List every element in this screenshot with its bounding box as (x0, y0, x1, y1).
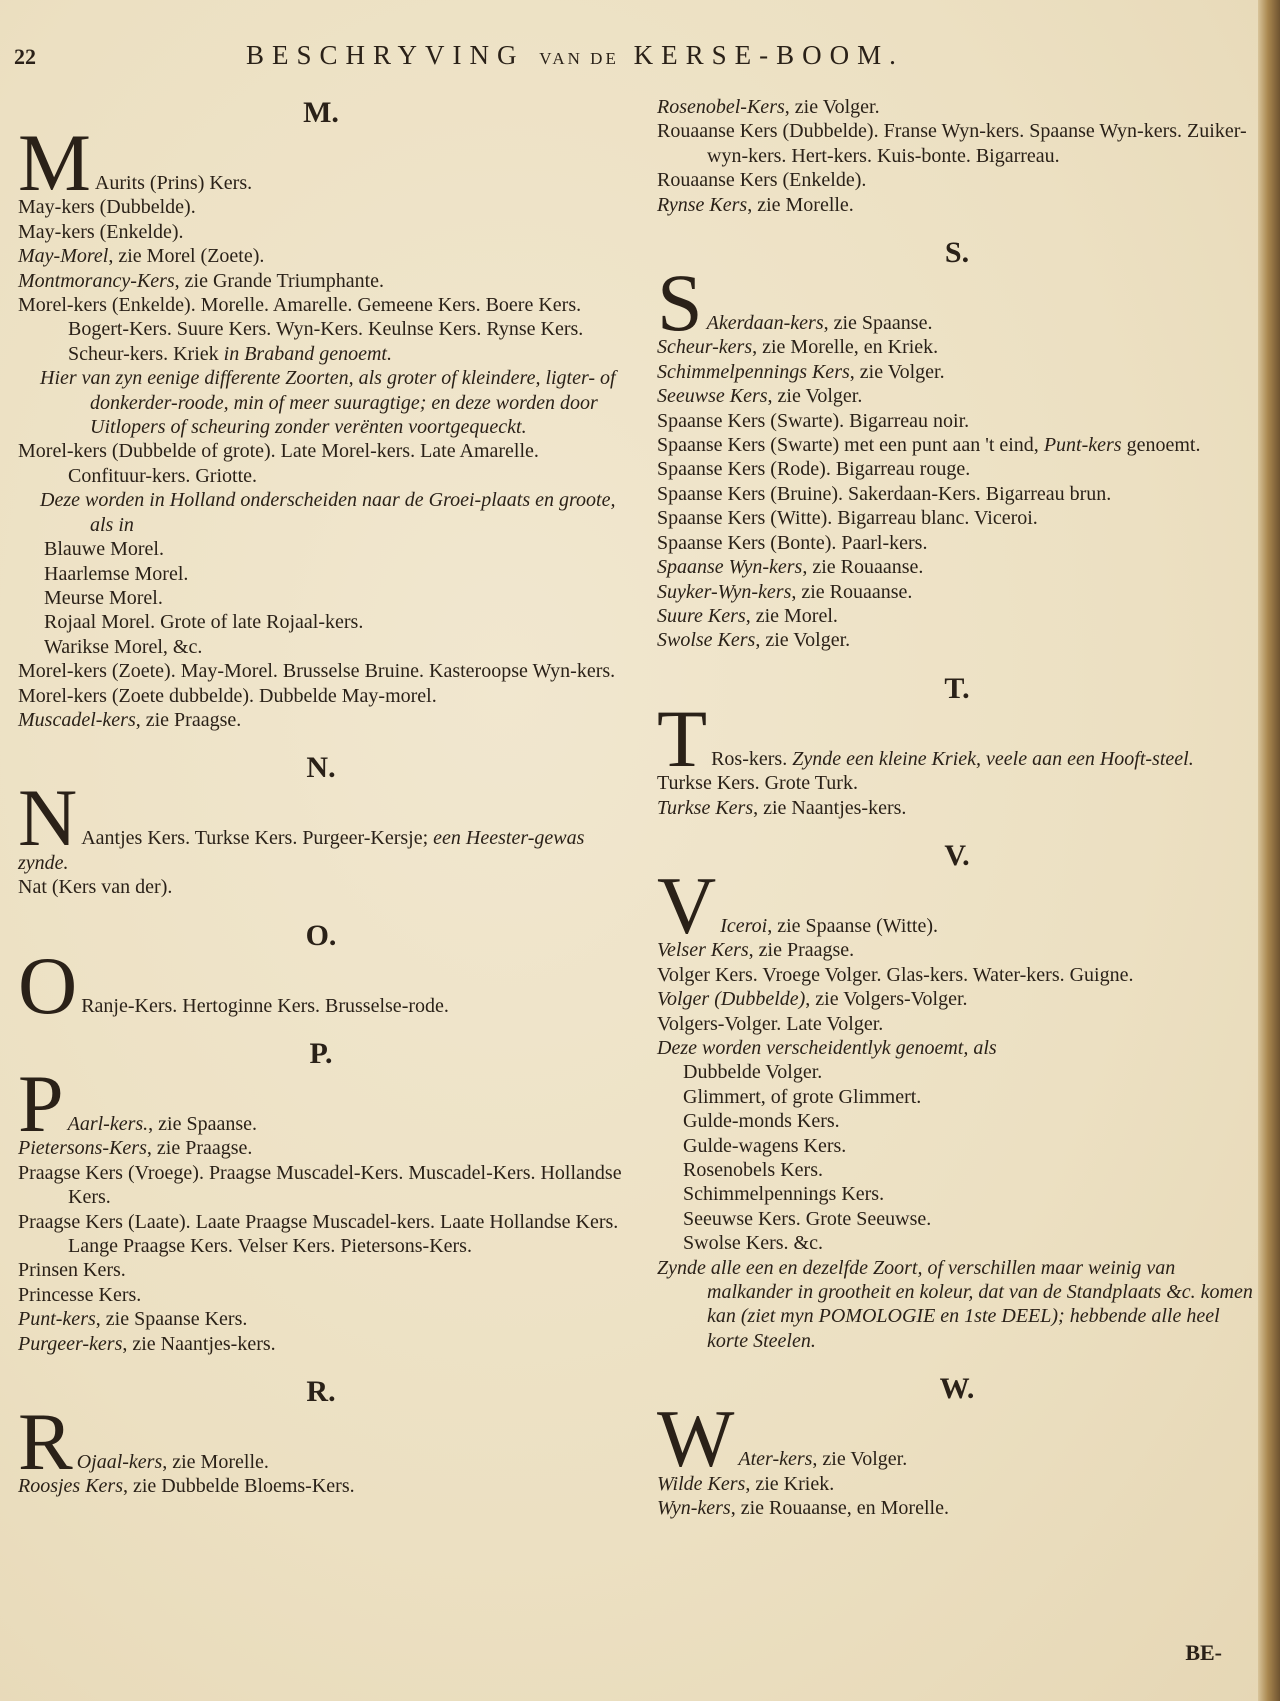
sub-variety-entry: Haarlemse Morel. (18, 562, 624, 586)
entry-term: Rosenobel-Kers (657, 96, 785, 118)
entry-reference: , zie Grande Triumphante. (175, 270, 384, 292)
first-entry: SAkerdaan-kers, zie Spaanse. (657, 271, 1257, 335)
sub-variety-entry: Rosenobels Kers. (657, 1158, 1257, 1182)
first-entry: VIceroi, zie Spaanse (Witte). (657, 874, 1257, 938)
cross-reference-entry: Velser Kers, zie Praagse. (657, 938, 1257, 962)
entry-term: Rynse Kers (657, 194, 747, 216)
entry-term: Seeuwse Kers (657, 385, 768, 407)
cross-reference-entry: Pietersons-Kers, zie Praagse. (18, 1136, 624, 1160)
italic-note: Deze worden verscheidentlyk genoemt, als (657, 1036, 1257, 1060)
catchword: BE- (1185, 1640, 1222, 1666)
drop-cap: R (18, 1410, 73, 1474)
variety-entry: Morel-kers (Dubbelde of grote). Late Mor… (18, 439, 624, 488)
variety-entry: Spaanse Kers (Bonte). Paarl-kers. (657, 531, 1257, 555)
section-letter-heading: V. (657, 838, 1257, 874)
first-entry: PAarl-kers., zie Spaanse. (18, 1072, 624, 1136)
entry-reference: , zie Praagse. (136, 709, 242, 731)
drop-cap: W (657, 1407, 734, 1471)
entry-reference: , zie Morel. (746, 605, 838, 627)
entry-reference: , zie Volger. (785, 96, 880, 118)
section-letter-heading: W. (657, 1371, 1257, 1407)
variety-entry: May-kers (Enkelde). (18, 220, 624, 244)
drop-cap: S (657, 271, 703, 335)
variety-entry: Spaanse Kers (Bruine). Sakerdaan-Kers. B… (657, 482, 1257, 506)
section-letter-heading: T. (657, 671, 1257, 707)
cross-reference-entry: Turkse Kers, zie Naantjes-kers. (657, 796, 1257, 820)
variety-entry: Spaanse Kers (Witte). Bigarreau blanc. V… (657, 506, 1257, 530)
entry-reference: , zie Praagse. (147, 1137, 253, 1159)
entry-reference: , zie Spaanse Kers. (96, 1308, 248, 1330)
cross-reference-entry: Roosjes Kers, zie Dubbelde Bloems-Kers. (18, 1474, 624, 1498)
section-letter-heading: P. (18, 1036, 624, 1072)
entry-term: Wyn-kers (657, 1497, 731, 1519)
drop-cap: V (657, 874, 716, 938)
entry-term: Volger (Dubbelde) (657, 988, 805, 1010)
entry-reference: , zie Morelle, en Kriek. (752, 336, 938, 358)
entry-term: Suure Kers (657, 605, 746, 627)
first-entry: WAter-kers, zie Volger. (657, 1407, 1257, 1471)
entry-reference: , zie Naantjes-kers. (753, 797, 906, 819)
entry-term: Turkse Kers (657, 797, 753, 819)
right-column: Rosenobel-Kers, zie Volger.Rouaanse Kers… (657, 95, 1257, 1520)
variety-entry: Praagse Kers (Laate). Laate Praagse Musc… (18, 1210, 624, 1259)
cross-reference-entry: Wyn-kers, zie Rouaanse, en Morelle. (657, 1496, 1257, 1520)
italic-note: Hier van zyn eenige differente Zoorten, … (18, 366, 624, 439)
section-letter-heading: R. (18, 1374, 624, 1410)
cross-reference-entry: Volger (Dubbelde), zie Volgers-Volger. (657, 987, 1257, 1011)
sub-variety-entry: Meurse Morel. (18, 586, 624, 610)
drop-cap: M (18, 131, 91, 195)
first-entry: ROjaal-kers, zie Morelle. (18, 1410, 624, 1474)
drop-cap: P (18, 1072, 64, 1136)
variety-entry: Morel-kers (Zoete dubbelde). Dubbelde Ma… (18, 684, 624, 708)
entry-term: Suyker-Wyn-kers (657, 581, 791, 603)
sub-variety-entry: Swolse Kers. &c. (657, 1231, 1257, 1255)
entry-reference: , zie Rouaanse, en Morelle. (731, 1497, 949, 1519)
page-header: 22 BESCHRYVING VAN DE KERSE-BOOM. (0, 40, 1262, 74)
entry-term: Punt-kers (18, 1308, 96, 1330)
drop-cap: O (18, 954, 77, 1018)
cross-reference-entry: Purgeer-kers, zie Naantjes-kers. (18, 1332, 624, 1356)
cross-reference-entry: Suyker-Wyn-kers, zie Rouaanse. (657, 580, 1257, 604)
cross-reference-entry: Schimmelpennings Kers, zie Volger. (657, 360, 1257, 384)
variety-entry: Rouaanse Kers (Enkelde). (657, 168, 1257, 192)
first-entry: MAurits (Prins) Kers. (18, 131, 624, 195)
section-letter-heading: N. (18, 750, 624, 786)
variety-entry: Spaanse Kers (Rode). Bigarreau rouge. (657, 457, 1257, 481)
cross-reference-entry: Montmorancy-Kers, zie Grande Triumphante… (18, 269, 624, 293)
drop-cap: T (657, 707, 707, 771)
entry-reference: , zie Volger. (755, 629, 850, 651)
cross-reference-entry: Wilde Kers, zie Kriek. (657, 1472, 1257, 1496)
book-page: 22 BESCHRYVING VAN DE KERSE-BOOM. M.MAur… (0, 0, 1262, 1701)
section-letter-heading: O. (18, 918, 624, 954)
entry-reference: , zie Volgers-Volger. (805, 988, 967, 1010)
entry-term: Spaanse Wyn-kers (657, 556, 802, 578)
cross-reference-entry: Swolse Kers, zie Volger. (657, 628, 1257, 652)
sub-variety-entry: Rojaal Morel. Grote of late Rojaal-kers. (18, 610, 624, 634)
italic-note: Zynde alle een en dezelfde Zoort, of ver… (657, 1256, 1257, 1354)
cross-reference-entry: Suure Kers, zie Morel. (657, 604, 1257, 628)
variety-entry: Volger Kers. Vroege Volger. Glas-kers. W… (657, 963, 1257, 987)
variety-entry: Spaanse Kers (Swarte) met een punt aan '… (657, 433, 1257, 457)
sub-variety-entry: Dubbelde Volger. (657, 1060, 1257, 1084)
sub-variety-entry: Blauwe Morel. (18, 537, 624, 561)
entry-reference: , zie Naantjes-kers. (122, 1333, 275, 1355)
left-column: M.MAurits (Prins) Kers.May-kers (Dubbeld… (18, 95, 624, 1499)
first-entry: TRos-kers. Zynde een kleine Kriek, veele… (657, 707, 1257, 771)
variety-entry: Praagse Kers (Vroege). Praagse Muscadel-… (18, 1161, 624, 1210)
cross-reference-entry: Punt-kers, zie Spaanse Kers. (18, 1307, 624, 1331)
variety-entry: Rouaanse Kers (Dubbelde). Franse Wyn-ker… (657, 119, 1257, 168)
entry-reference: , zie Volger. (768, 385, 863, 407)
book-spine-edge (1258, 0, 1280, 1701)
page-number: 22 (14, 44, 36, 70)
cross-reference-entry: Rynse Kers, zie Morelle. (657, 193, 1257, 217)
entry-term: Purgeer-kers (18, 1333, 122, 1355)
entry-term: Muscadel-kers (18, 709, 136, 731)
section-letter-heading: M. (18, 95, 624, 131)
entry-reference: , zie Kriek. (745, 1473, 834, 1495)
entry-reference: , zie Rouaanse. (791, 581, 912, 603)
section-letter-heading: S. (657, 235, 1257, 271)
first-entry: NAantjes Kers. Turkse Kers. Purgeer-Kers… (18, 786, 624, 875)
entry-reference: , zie Morelle. (747, 194, 854, 216)
cross-reference-entry: Scheur-kers, zie Morelle, en Kriek. (657, 335, 1257, 359)
cross-reference-entry: Rosenobel-Kers, zie Volger. (657, 95, 1257, 119)
variety-entry: Spaanse Kers (Swarte). Bigarreau noir. (657, 409, 1257, 433)
entry-term: May-Morel (18, 245, 108, 267)
entry-term: Schimmelpennings Kers (657, 361, 850, 383)
variety-entry: Princesse Kers. (18, 1283, 624, 1307)
variety-entry: Nat (Kers van der). (18, 875, 624, 899)
running-title: BESCHRYVING VAN DE KERSE-BOOM. (246, 40, 904, 71)
entry-reference: , zie Morel (Zoete). (108, 245, 264, 267)
variety-entry: Turkse Kers. Grote Turk. (657, 771, 1257, 795)
sub-variety-entry: Gulde-wagens Kers. (657, 1134, 1257, 1158)
sub-variety-entry: Gulde-monds Kers. (657, 1109, 1257, 1133)
entry-term: Montmorancy-Kers (18, 270, 175, 292)
variety-entry: Volgers-Volger. Late Volger. (657, 1012, 1257, 1036)
entry-term: Swolse Kers (657, 629, 755, 651)
sub-variety-entry: Glimmert, of grote Glimmert. (657, 1085, 1257, 1109)
italic-note: Deze worden in Holland onderscheiden naa… (18, 488, 624, 537)
entry-reference: , zie Volger. (850, 361, 945, 383)
sub-variety-entry: Schimmelpennings Kers. (657, 1182, 1257, 1206)
variety-entry: Prinsen Kers. (18, 1258, 624, 1282)
sub-variety-entry: Warikse Morel, &c. (18, 635, 624, 659)
variety-entry: Morel-kers (Enkelde). Morelle. Amarelle.… (18, 293, 624, 366)
entry-reference: , zie Rouaanse. (802, 556, 923, 578)
entry-reference: , zie Praagse. (749, 939, 855, 961)
entry-reference: , zie Dubbelde Bloems-Kers. (123, 1475, 355, 1497)
variety-entry: Morel-kers (Zoete). May-Morel. Brusselse… (18, 659, 624, 683)
first-entry: ORanje-Kers. Hertoginne Kers. Brusselse-… (18, 954, 624, 1018)
drop-cap: N (18, 786, 77, 850)
cross-reference-entry: Seeuwse Kers, zie Volger. (657, 384, 1257, 408)
cross-reference-entry: Muscadel-kers, zie Praagse. (18, 708, 624, 732)
sub-variety-entry: Seeuwse Kers. Grote Seeuwse. (657, 1207, 1257, 1231)
variety-entry: May-kers (Dubbelde). (18, 195, 624, 219)
cross-reference-entry: May-Morel, zie Morel (Zoete). (18, 244, 624, 268)
cross-reference-entry: Spaanse Wyn-kers, zie Rouaanse. (657, 555, 1257, 579)
